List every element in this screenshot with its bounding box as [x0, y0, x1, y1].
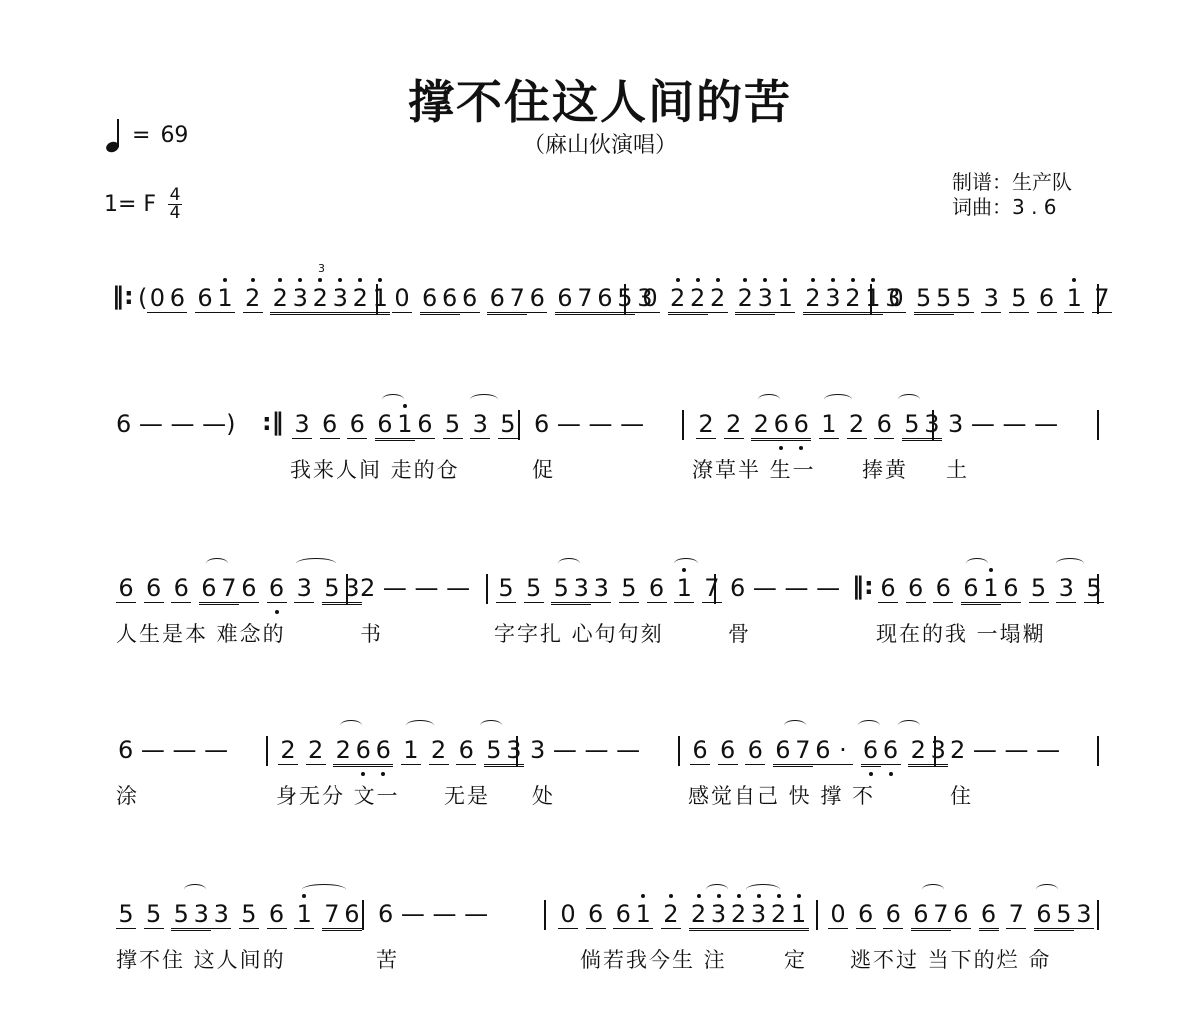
measure: 6 6 6 676· 66 23	[690, 736, 948, 767]
barline	[544, 900, 546, 930]
slur	[922, 884, 944, 895]
measure: 2 2 266 1 2 6 53	[278, 736, 524, 767]
quarter-note-icon	[106, 118, 122, 152]
barline	[266, 736, 268, 766]
slur	[406, 720, 434, 731]
slur	[558, 558, 580, 569]
slur	[898, 394, 920, 405]
credits: 制谱：生产队 词曲：3 . 6	[952, 170, 1072, 220]
lyric: 书	[360, 618, 383, 648]
barline	[376, 284, 378, 314]
key-signature: 1= F 4 4	[104, 188, 182, 221]
measure: (06 61 2 232321	[138, 284, 390, 315]
slur	[1056, 558, 1084, 569]
measure: 6 6 6 676 6 3 53	[116, 574, 362, 605]
lyric: 身无分 文一	[276, 780, 400, 810]
slur	[480, 720, 502, 731]
time-sig-top: 4	[170, 188, 181, 203]
slur	[784, 720, 806, 731]
lyric: 感觉自己 快 撑 不	[688, 780, 875, 810]
lyric: 苦	[376, 944, 399, 974]
lyric: 定	[784, 944, 807, 974]
slur	[296, 558, 336, 569]
slur	[858, 720, 880, 731]
measure: 6 — — —)	[116, 410, 236, 438]
slur	[706, 884, 728, 895]
measure: 0 6 61 2 232321	[558, 900, 809, 931]
measure: 2 2 266 1 2 6 53	[696, 410, 942, 441]
barline	[624, 284, 626, 314]
lyric: 现在的我 一塌糊	[876, 618, 1046, 648]
slur	[1036, 884, 1058, 895]
barline	[362, 900, 364, 930]
slur	[746, 884, 780, 895]
tempo-equals: =	[132, 123, 150, 148]
slur	[966, 558, 988, 569]
time-sig-bottom: 4	[170, 206, 181, 221]
measure: 6 — — —	[730, 574, 840, 602]
lyric: 潦草半 生一	[692, 454, 816, 484]
lyric: 无是	[444, 780, 490, 810]
lyric: 人生是本 难念的	[116, 618, 286, 648]
slur	[382, 394, 404, 405]
barline	[1097, 284, 1099, 314]
lyric: 骨	[728, 618, 751, 648]
slur	[824, 394, 852, 405]
repeat-start: ‖:	[852, 572, 874, 600]
barline	[816, 900, 818, 930]
lyric: 处	[532, 780, 555, 810]
slur	[470, 394, 498, 405]
barline	[870, 284, 872, 314]
repeat-end: :‖	[262, 408, 284, 436]
measure: 3 — — —	[948, 410, 1058, 438]
lyric: 促	[532, 454, 555, 484]
tempo-value: 69	[160, 123, 188, 148]
measure: 6 — — —	[378, 900, 488, 928]
slur	[758, 394, 780, 405]
repeat-start: ‖:	[112, 282, 134, 310]
barline	[516, 736, 518, 766]
lyric: 逃不过 当下的烂 命	[850, 944, 1051, 974]
measure: 2 — — —	[360, 574, 470, 602]
measure: 3 — — —	[530, 736, 640, 764]
slur	[340, 720, 362, 731]
time-signature: 4 4	[168, 188, 182, 221]
tempo-marking: = 69	[106, 118, 188, 152]
credit-lyrics: 词曲：3 . 6	[952, 195, 1072, 220]
barline	[934, 736, 936, 766]
barline	[1097, 900, 1099, 930]
measure: 6 — — —	[118, 736, 228, 764]
measure: 5 5 533 5 6 1 7	[496, 574, 722, 605]
measure: 3 6 6 616 5 3 5	[292, 410, 518, 441]
lyric: 倘若我今生 注	[580, 944, 727, 974]
measure: 0 666 676 67653	[392, 284, 655, 315]
lyric: 住	[950, 780, 973, 810]
lyric: 捧黄	[862, 454, 908, 484]
measure: 6 — — —	[534, 410, 644, 438]
slur	[184, 884, 206, 895]
barline	[1097, 410, 1099, 440]
lyric: 撑不住 这人间的	[116, 944, 286, 974]
lyric: 我来人间 走的仓	[290, 454, 460, 484]
barline	[518, 410, 520, 440]
measure: 0 222 231 23213	[640, 284, 903, 315]
lyric: 涂	[116, 780, 139, 810]
measure: 0 555 3 5 6 1 7	[886, 284, 1112, 315]
slur	[674, 558, 698, 569]
measure: 5 5 533 5 6 1 76	[116, 900, 362, 931]
credit-score: 制谱：生产队	[952, 170, 1072, 195]
slur	[206, 558, 228, 569]
barline	[682, 410, 684, 440]
slur	[898, 720, 920, 731]
measure: 6 6 6 616 5 3 5	[878, 574, 1104, 605]
barline	[1097, 574, 1099, 604]
triplet-mark: 3	[318, 262, 325, 275]
barline	[714, 574, 716, 604]
lyric: 土	[946, 454, 969, 484]
key-label: 1= F	[104, 192, 156, 217]
measure: 0 6 6 676 6 7 653	[828, 900, 1094, 931]
barline	[678, 736, 680, 766]
slur	[302, 884, 346, 895]
measure: 2 — — —	[950, 736, 1060, 764]
barline	[346, 574, 348, 604]
lyric: 字字扎 心句句刻	[494, 618, 664, 648]
barline	[1097, 736, 1099, 766]
barline	[486, 574, 488, 604]
barline	[932, 410, 934, 440]
